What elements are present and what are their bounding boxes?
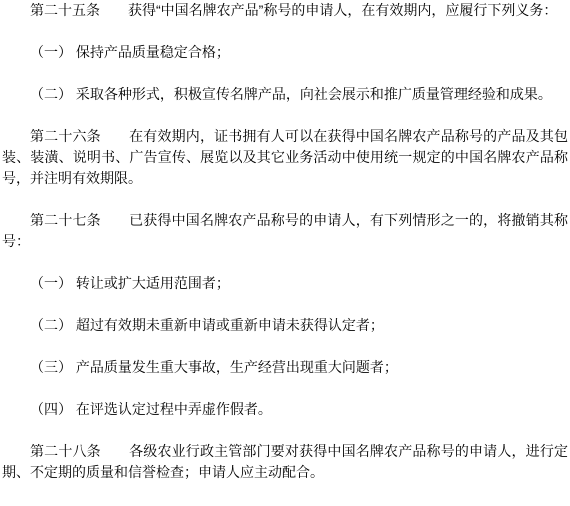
paragraph-article-27-item-3: （三） 产品质量发生重大事故，生产经营出现重大问题者； bbox=[2, 357, 568, 378]
paragraph-article-27-item-1: （一） 转让或扩大适用范围者； bbox=[2, 273, 568, 294]
paragraph-article-25-item-1: （一） 保持产品质量稳定合格； bbox=[2, 42, 568, 63]
paragraph-article-25: 第二十五条 获得“中国名牌农产品”称号的申请人，在有效期内，应履行下列义务： bbox=[2, 0, 568, 21]
document-page: 第二十五条 获得“中国名牌农产品”称号的申请人，在有效期内，应履行下列义务： （… bbox=[0, 0, 570, 506]
paragraph-article-26: 第二十六条 在有效期内，证书拥有人可以在获得中国名牌农产品称号的产品及其包装、装… bbox=[2, 126, 568, 189]
paragraph-article-27: 第二十七条 已获得中国名牌农产品称号的申请人，有下列情形之一的，将撤销其称号： bbox=[2, 210, 568, 252]
paragraph-article-25-item-2: （二） 采取各种形式，积极宣传名牌产品，向社会展示和推广质量管理经验和成果。 bbox=[2, 84, 568, 105]
paragraph-article-27-item-2: （二） 超过有效期未重新申请或重新申请未获得认定者； bbox=[2, 315, 568, 336]
paragraph-article-27-item-4: （四） 在评选认定过程中弄虚作假者。 bbox=[2, 399, 568, 420]
paragraph-article-28: 第二十八条 各级农业行政主管部门要对获得中国名牌农产品称号的申请人，进行定期、不… bbox=[2, 441, 568, 483]
